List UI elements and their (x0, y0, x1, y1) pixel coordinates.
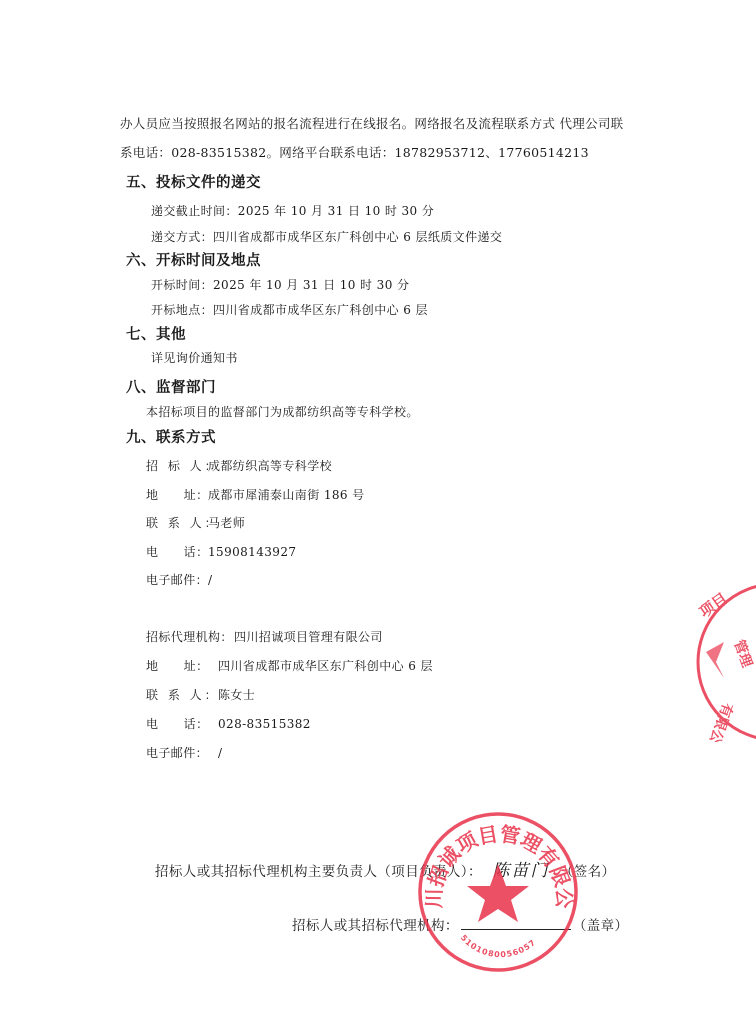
agency-phone: 028-83515382 (218, 717, 311, 731)
svg-text:项目: 项目 (696, 589, 731, 621)
signature-line-2: 招标人或其招标代理机构：（盖章） (292, 914, 628, 934)
agency-name-row: 招标代理机构：四川招诚项目管理有限公司 (146, 628, 383, 645)
tenderer-email-label: 电子邮件： (146, 571, 208, 588)
section-7-heading: 七、其他 (126, 323, 186, 344)
agency-address-row: 地 址：四川省成都市成华区东广科创中心 6 层 (146, 657, 433, 674)
tenderer-contact-row: 联 系 人：马老师 (146, 514, 245, 531)
agency-address-label: 地 址： (146, 657, 218, 674)
tenderer-address: 成都市犀浦泰山南街 186 号 (208, 488, 365, 502)
other-text: 详见询价通知书 (151, 349, 238, 366)
svg-text:5101080056057: 5101080056057 (459, 933, 538, 959)
seal-blank-line (461, 917, 571, 930)
opening-place: 开标地点：四川省成都市成华区东广科创中心 6 层 (151, 301, 428, 318)
opening-time: 开标时间：2025 年 10 月 31 日 10 时 30 分 (151, 276, 409, 293)
tenderer-name: 成都纺织高等专科学校 (208, 459, 332, 473)
partial-seal-icon: 项目 管理 有限公 (694, 582, 756, 742)
agency-phone-row: 电 话：028-83515382 (146, 715, 311, 732)
signature-line-1: 招标人或其招标代理机构主要负责人（项目负责人）：陈苗门（签名） (155, 856, 615, 881)
agency-phone-label: 电 话： (146, 715, 218, 732)
svg-text:管理: 管理 (730, 638, 756, 671)
agency-contact-row: 联 系 人：陈女士 (146, 686, 255, 703)
company-seal-icon: 四川招诚项目管理有限公司 5101080056057 (416, 810, 580, 974)
section-8-heading: 八、监督部门 (126, 376, 216, 397)
agency-email-row: 电子邮件：/ (146, 744, 222, 761)
tenderer-contact-label: 联 系 人： (146, 514, 208, 531)
tenderer-phone-label: 电 话： (146, 543, 208, 560)
agency-contact: 陈女士 (218, 688, 255, 702)
submission-deadline: 递交截止时间：2025 年 10 月 31 日 10 时 30 分 (151, 202, 434, 219)
agency-email: / (218, 746, 222, 760)
submission-method: 递交方式：四川省成都市成华区东广科创中心 6 层纸质文件递交 (151, 228, 502, 245)
agency-name-label: 招标代理机构： (146, 628, 234, 645)
tenderer-address-label: 地 址： (146, 486, 208, 503)
tenderer-email: / (208, 573, 212, 587)
tenderer-phone-row: 电 话：15908143927 (146, 543, 296, 560)
signature-label: 招标人或其招标代理机构主要负责人（项目负责人）： (155, 864, 482, 880)
section-9-heading: 九、联系方式 (126, 426, 216, 447)
seal-label: 招标人或其招标代理机构： (292, 918, 459, 934)
agency-address: 四川省成都市成华区东广科创中心 6 层 (218, 659, 433, 673)
tenderer-address-row: 地 址：成都市犀浦泰山南街 186 号 (146, 486, 365, 503)
seal-number: 5101080056057 (459, 933, 538, 959)
tenderer-phone: 15908143927 (208, 545, 296, 559)
section-5-heading: 五、投标文件的递交 (126, 171, 261, 192)
seal-suffix: （盖章） (573, 918, 629, 934)
tenderer-name-label: 招 标 人： (146, 457, 208, 474)
tenderer-email-row: 电子邮件：/ (146, 571, 212, 588)
section-6-heading: 六、开标时间及地点 (126, 249, 261, 270)
supervision-text: 本招标项目的监督部门为成都纺织高等专科学校。 (146, 403, 419, 420)
intro-line-2: 系电话：028-83515382。网络平台联系电话：18782953712、17… (120, 143, 589, 161)
tenderer-contact: 马老师 (208, 516, 245, 530)
agency-contact-label: 联 系 人： (146, 686, 218, 703)
agency-email-label: 电子邮件： (146, 744, 218, 761)
svg-text:有限公: 有限公 (706, 701, 737, 742)
signature-suffix: （签名） (560, 864, 616, 880)
agency-name: 四川招诚项目管理有限公司 (234, 630, 383, 644)
tenderer-name-row: 招 标 人：成都纺织高等专科学校 (146, 457, 332, 474)
intro-line-1: 办人员应当按照报名网站的报名流程进行在线报名。网络报名及流程联系方式 代理公司联 (120, 114, 623, 132)
handwritten-signature: 陈苗门 (482, 856, 560, 881)
